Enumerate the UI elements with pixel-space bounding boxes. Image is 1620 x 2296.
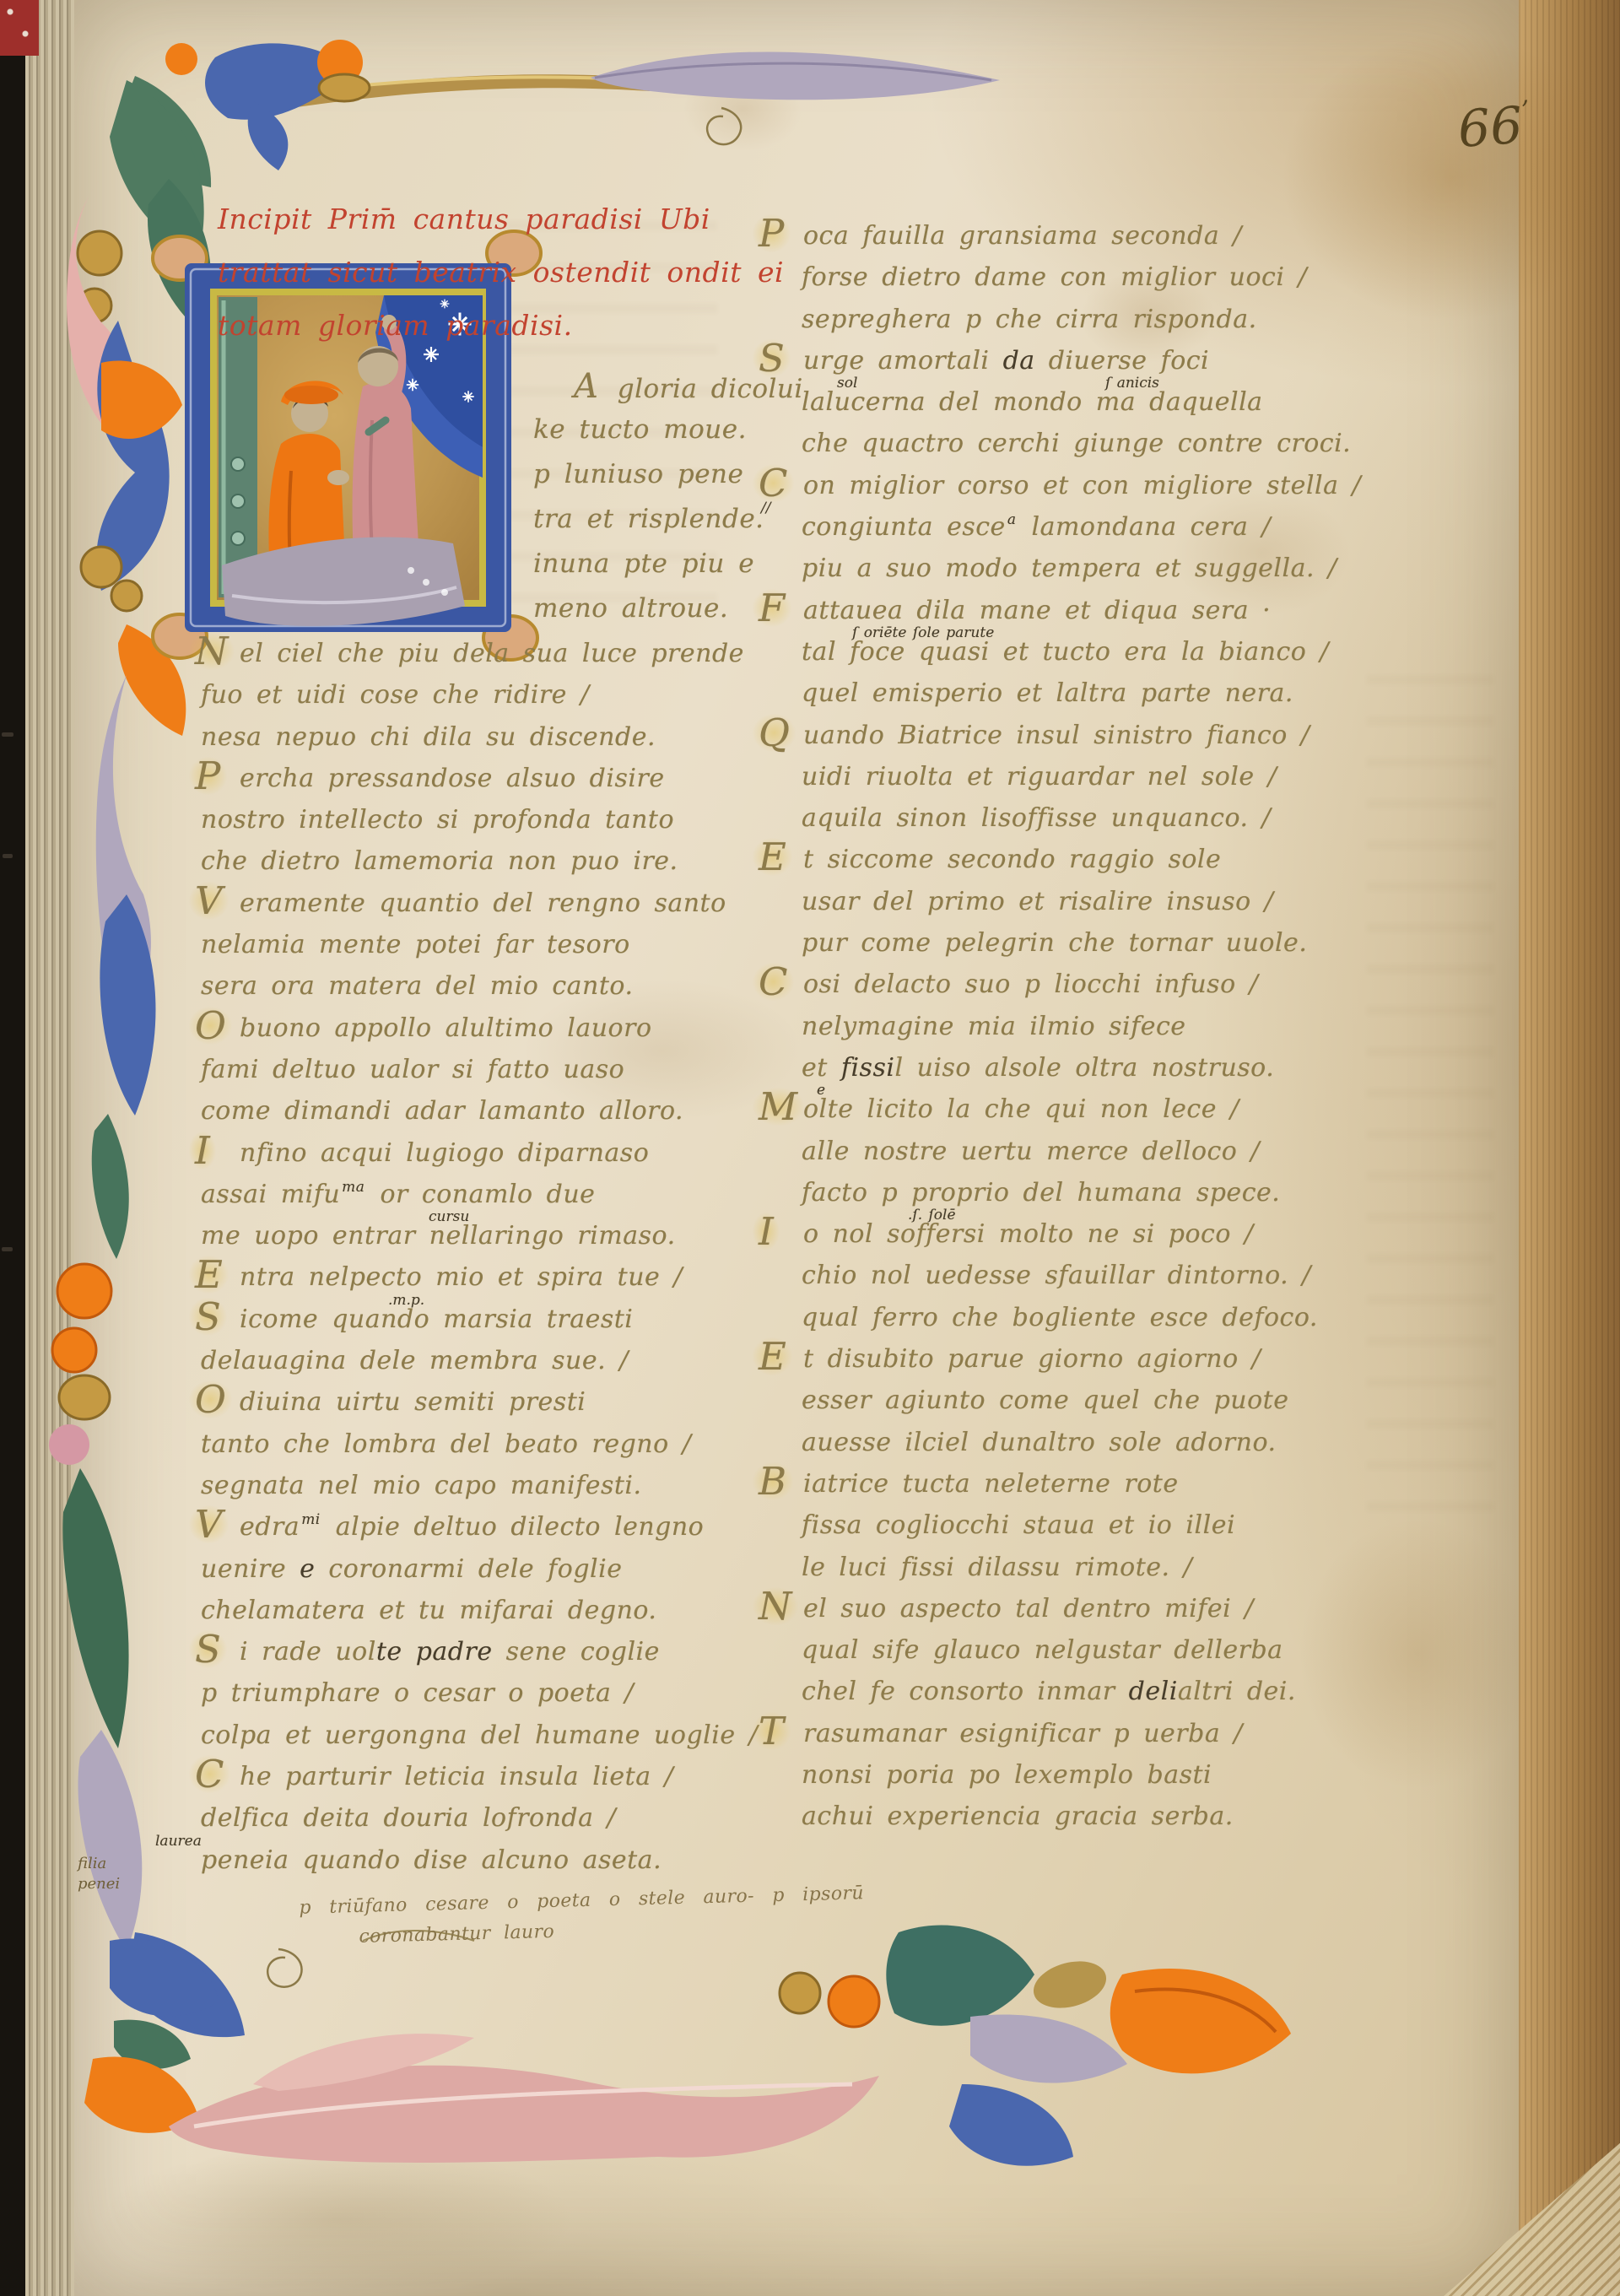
versal-initial: C [753,464,794,502]
verse-text: segnata nel mio capo manifesti. [201,1471,642,1500]
versal-initial: P [753,214,791,252]
underlying-page-edges [25,0,74,2296]
versal-initial: S [189,1630,227,1668]
verse-line: esser agiunto come quel che puote [802,1386,1308,1427]
verse-line: come dimandi adar lamanto alloro. [201,1096,707,1137]
verse-line: O diuina uirtu semiti presti [201,1387,707,1429]
dante-figure [268,381,349,602]
edge-ink-mark [2,732,13,737]
verse-line: forse dietro dame con miglior uoci / [802,262,1308,304]
folio-number: 66’ [1456,95,1533,159]
verse-line: quel emisperio et laltra parte nera. [802,678,1308,720]
verse-line: che quactro cerchi giunge contre croci. [802,429,1308,470]
verse-text: rasumanar esignificar p uerba / [803,1719,1243,1748]
verse-line: sepreghera p che cirra risponda. [802,305,1308,346]
versal-initial: M [753,1088,804,1126]
verse-text: osi delacto suo p liocchi infuso / [803,970,1258,999]
versal-initial: N [753,1587,798,1625]
verse-line: Percha pressandose alsuo disire [201,764,707,805]
verse-line: segnata nel mio capo manifesti. [201,1471,707,1512]
versal-initial: C [189,1755,230,1793]
versal-initial: O [189,1007,232,1045]
verse-line: qual sife glauco nelgustar dellerba [802,1635,1308,1677]
interlinear-gloss: cursu [429,1208,469,1225]
verse-line: achui experiencia gracia serba. [802,1802,1308,1843]
verse-text: auesse ilciel dunaltro sole adorno. [802,1428,1277,1457]
verse-text: sepreghera p che cirra risponda. [802,305,1257,334]
verse-text: aquila sinon lisoffisse unquanco. / [802,803,1271,833]
verse-line: congiunta escea lamondana cera /∕∕ [802,512,1308,554]
verse-text: chio nol uedesse sfauillar dintorno. / [802,1261,1311,1290]
versal-initial: V [189,1505,229,1543]
verse-line: Biatrice tucta neleterne rote [802,1469,1308,1510]
verse-line: Et disubito parue giorno agiorno / [802,1344,1308,1386]
verse-line: Vedrami alpie deltuo dilecto lengno [201,1512,707,1553]
verse-line: nelamia mente potei far tesoro [201,930,707,971]
versal-initial: I [753,1213,780,1251]
verse-line: nelymagine mia ilmio sifece [802,1012,1308,1053]
verse-line: piu a suo modo tempera et suggella. / [802,554,1308,595]
rubric-incipit: Incipit Prim̄ cantus paradisi Ubi tratta… [218,203,784,362]
verse-text: uando Biatrice insul sinistro fianco / [803,721,1309,750]
verse-line: le luci fissi dilassu rimote. / [802,1553,1308,1594]
right-text-column: Poca fauilla gransiama seconda /forse di… [802,221,1308,1844]
left-margin-gloss: filia penei [78,1855,120,1895]
versal-initial: C [753,963,794,1001]
verse-line: Molte licito la che qui non lece /e [802,1094,1308,1136]
verse-line: delfica deita douria lofronda / [201,1803,707,1845]
verse-text: chelamatera et tu mifarai degno. [201,1596,656,1625]
verse-text: el suo aspecto tal dentro mifei / [803,1594,1254,1623]
interlinear-correction: a [1007,511,1017,528]
verse-text: eramente quantio del rengno santo [240,889,726,918]
interlinear-gloss: ſ anicis [1105,375,1159,392]
verse-text: delfica deita douria lofronda / [201,1803,616,1833]
verse-text: edrami alpie deltuo dilecto lengno [240,1512,704,1542]
verse-line: qual ferro che bogliente esce defoco. [802,1303,1308,1344]
verse-text: che dietro lamemoria non puo ire. [201,846,678,876]
verse-text: nelymagine mia ilmio sifece [802,1012,1186,1041]
grey-horn-icon [222,537,465,625]
verse-line: lalucerna del mondo ma daquellasolſ anic… [802,387,1308,429]
book-spine-shadow [0,0,25,2296]
verse-text: meno altroue. [533,593,728,624]
verse-text: attauea dila mane et diqua sera · [803,596,1271,625]
verse-line: Con miglior corso et con migliore stella… [802,471,1308,512]
verse-line: Cosi delacto suo p liocchi infuso / [802,970,1308,1011]
verse-text: urge amortali da diuerse foci [803,346,1209,375]
interlinear-gloss: e [817,1082,825,1099]
verse-text: delauagina dele membra sue. / [201,1346,629,1375]
verse-text: ercha pressandose alsuo disire [240,764,665,793]
verse-text: come dimandi adar lamanto alloro. [201,1096,683,1126]
verse-text: me uopo entrar nellaringo rimaso. [201,1221,676,1251]
versal-initial: T [753,1712,791,1750]
verse-text: forse dietro dame con miglior uoci / [802,262,1307,292]
versal-initial: I [189,1132,216,1170]
gloss-line: filia [78,1855,120,1875]
edge-ink-mark [2,1247,13,1251]
verse-line: pur come pelegrin che tornar uuole. [802,928,1308,970]
verse-text: nfino acqui lugiogo diparnaso [240,1138,649,1168]
verse-line: Trasumanar esignificar p uerba / [802,1719,1308,1760]
verse-text: nostro intellecto si profonda tanto [201,805,674,835]
verse-text: che quactro cerchi giunge contre croci. [802,429,1351,458]
verse-line: usar del primo et risalire insuso / [802,887,1308,928]
verse-line: p triumphare o cesar o poeta / [201,1678,707,1720]
verse-line: nesa nepuo chi dila su discende. [201,722,707,764]
verse-line: et fissil uiso alsole oltra nostruso. [802,1053,1308,1094]
verse-line: Nel suo aspecto tal dentro mifei / [802,1594,1308,1635]
verse-text: el ciel che piu dela sua luce prende [240,639,744,668]
verse-line: me uopo entrar nellaringo rimaso.cursu [201,1221,707,1262]
verse-text: p luniuso pene [533,459,743,489]
verse-text: diuina uirtu semiti presti [240,1387,586,1417]
rubric-line: totam gloriam paradisi. [218,309,784,362]
verse-text: ntra nelpecto mio et spira tue / [240,1262,683,1292]
interlinear-gloss: ∕∕ [761,500,770,516]
gloss-line: penei [78,1875,120,1895]
verse-text: t disubito parue giorno agiorno / [803,1344,1261,1374]
verse-line: fissa cogliocchi staua et io illei [802,1510,1308,1552]
verse-text: fissa cogliocchi staua et io illei [802,1510,1235,1540]
verse-line: Io nol soffersi molto ne si poco /.ſ. ſo… [802,1219,1308,1261]
versal-initial: E [189,1256,229,1294]
verse-text: tal foce quasi et tucto era la bianco / [802,637,1329,667]
interlinear-gloss: .ſ. ſolē [908,1207,956,1224]
versal-initial: S [753,339,791,377]
interlinear-correction: mi [301,1511,321,1528]
verse-line: auesse ilciel dunaltro sole adorno. [802,1428,1308,1469]
verse-text: he parturir leticia insula lieta / [240,1762,673,1791]
verse-line: che dietro lamemoria non puo ire. [201,846,707,888]
verse-line: alle nostre uertu merce delloco / [802,1137,1308,1178]
fore-edge-page-block [1519,0,1620,2296]
verse-line: Entra nelpecto mio et spira tue / [201,1262,707,1304]
verse-line: aquila sinon lisoffisse unquanco. / [802,803,1308,845]
versal-initial: V [189,882,229,920]
verse-text: qual ferro che bogliente esce defoco. [802,1303,1318,1332]
verse-line: colpa et uergongna del humane uoglie / [201,1721,707,1762]
verse-line: tal foce quasi et tucto era la bianco /ſ… [802,637,1308,678]
interlinear-gloss: laurea [155,1833,202,1850]
verse-line: Surge amortali da diuerse foci [802,346,1308,387]
verse-text: colpa et uergongna del humane uoglie / [201,1721,758,1750]
verse-line: chio nol uedesse sfauillar dintorno. / [802,1261,1308,1302]
verse-line: ke tucto moue. [533,414,803,459]
interlinear-gloss: .m.p. [388,1292,424,1309]
versal-initial: O [189,1380,232,1418]
verse-line: fuo et uidi cose che ridire / [201,680,707,721]
rubric-line: trattat sicut beatrix ostendit ondit ei [218,256,784,309]
ink-correction: e [286,1554,328,1584]
verse-text: et fissil uiso alsole oltra nostruso. [802,1053,1274,1083]
verse-text: chel fe consorto inmar delialtri dei. [802,1677,1296,1706]
spine-cloth [0,0,39,56]
verse-line: tanto che lombra del beato regno / [201,1429,707,1471]
verse-line: chel fe consorto inmar delialtri dei. [802,1677,1308,1718]
verse-text: nesa nepuo chi dila su discende. [201,722,656,752]
verse-text: esser agiunto come quel che puote [802,1386,1288,1415]
verse-text: usar del primo et risalire insuso / [802,887,1273,916]
verse-line: Nel ciel che piu dela sua luce prende [201,639,707,680]
verse-text: sera ora matera del mio canto. [201,971,634,1001]
verse-line: uenire e coronarmi dele foglie [201,1554,707,1596]
versal-initial: E [753,1337,792,1375]
verse-text: buono appollo alultimo lauoro [240,1013,652,1043]
verse-line: peneia quando dise alcuno aseta.laurea [201,1845,707,1887]
verse-text: fami deltuo ualor si fatto uaso [201,1055,624,1084]
edge-ink-mark [3,854,13,858]
verse-text: alle nostre uertu merce delloco / [802,1137,1260,1166]
verse-text: fuo et uidi cose che ridire / [201,680,590,710]
verse-line: O buono appollo alultimo lauoro [201,1013,707,1055]
verse-text: pur come pelegrin che tornar uuole. [802,928,1307,958]
verse-text: tanto che lombra del beato regno / [201,1429,691,1459]
verse-text: nonsi poria po lexemplo basti [802,1760,1212,1790]
verse-text: le luci fissi dilassu rimote. / [802,1553,1192,1582]
verse-text: assai mifuma or conamlo due [201,1180,595,1209]
verse-text: tra et risplende. [533,504,764,534]
verse-text: inuna pte piu e [533,548,754,579]
verse-line: Che parturir leticia insula lieta / [201,1762,707,1803]
versal-initial: E [753,838,792,876]
verse-line: uidi riuolta et riguardar nel sole / [802,762,1308,803]
verse-line: Poca fauilla gransiama seconda / [802,221,1308,262]
versal-initial: Q [753,714,796,752]
verse-text: congiunta escea lamondana cera / [802,512,1271,542]
verse-line: Si rade uolte padre sene coglie [201,1637,707,1678]
interlinear-gloss: sol [837,375,857,392]
verse-line: Quando Biatrice insul sinistro fianco / [802,721,1308,762]
versal-initial: B [753,1462,793,1500]
hair [293,396,328,408]
verse-text: lalucerna del mondo ma daquella [802,387,1263,417]
verse-text: quel emisperio et laltra parte nera. [802,678,1293,708]
verse-line: Infino acqui lugiogo diparnaso [201,1138,707,1180]
verse-line: delauagina dele membra sue. / [201,1346,707,1387]
verse-text: piu a suo modo tempera et suggella. / [802,554,1337,583]
verse-text: qual sife glauco nelgustar dellerba [802,1635,1283,1665]
verse-line: Veramente quantio del rengno santo [201,889,707,930]
verse-line: facto p proprio del humana spece. [802,1178,1308,1219]
verse-text: olte licito la che qui non lece / [803,1094,1239,1124]
verse-text: icome quando marsia traesti [240,1305,633,1334]
verse-line: sera ora matera del mio canto. [201,971,707,1013]
left-text-column: Nel ciel che piu dela sua luce prendefuo… [201,639,707,1887]
versal-initial: S [189,1298,227,1336]
ink-correction: deli [1129,1677,1178,1706]
verse-line: nonsi poria po lexemplo basti [802,1760,1308,1802]
interlinear-correction: ma [342,1179,364,1196]
verse-text: p triumphare o cesar o poeta / [201,1678,634,1708]
ink-correction: da [1003,346,1035,375]
verse-text: uidi riuolta et riguardar nel sole / [802,762,1277,791]
versal-initial: N [189,632,235,670]
versal-initial: A [572,367,600,406]
versal-initial: F [753,589,791,627]
verse-text: facto p proprio del humana spece. [802,1178,1280,1207]
verse-text: oca fauilla gransiama seconda / [803,221,1242,251]
ink-correction: fissi [841,1053,895,1083]
ink-correction: te padre [376,1637,493,1667]
orange-hat-icon [281,381,343,405]
verse-text: achui experiencia gracia serba. [802,1802,1234,1831]
verse-text: on miglior corso et con migliore stella … [803,471,1361,500]
verse-text: nelamia mente potei far tesoro [201,930,630,959]
verse-line: nostro intellecto si profonda tanto [201,805,707,846]
interlinear-gloss: ſ oriēte ſole parute [852,624,994,641]
verse-text: iatrice tucta neleterne rote [803,1469,1179,1499]
manuscript-photo: Incipit Prim̄ cantus paradisi Ubi tratta… [0,0,1620,2296]
verse-line: Sicome quando marsia traesti.m.p. [201,1305,707,1346]
rubric-line: Incipit Prim̄ cantus paradisi Ubi [218,203,784,256]
verse-text: peneia quando dise alcuno aseta. [201,1845,661,1875]
verse-text: i rade uolte padre sene coglie [240,1637,660,1667]
verse-text: ke tucto moue. [533,414,747,445]
verse-text: t siccome secondo raggio sole [803,845,1221,874]
verse-text: o nol soffersi molto ne si poco / [803,1219,1254,1249]
verse-text: uenire e coronarmi dele foglie [201,1554,622,1584]
versal-initial: P [189,757,227,795]
clasped-hands [327,470,349,485]
verse-line: chelamatera et tu mifarai degno. [201,1596,707,1637]
verse-line: Et siccome secondo raggio sole [802,845,1308,886]
verse-line: fami deltuo ualor si fatto uaso [201,1055,707,1096]
